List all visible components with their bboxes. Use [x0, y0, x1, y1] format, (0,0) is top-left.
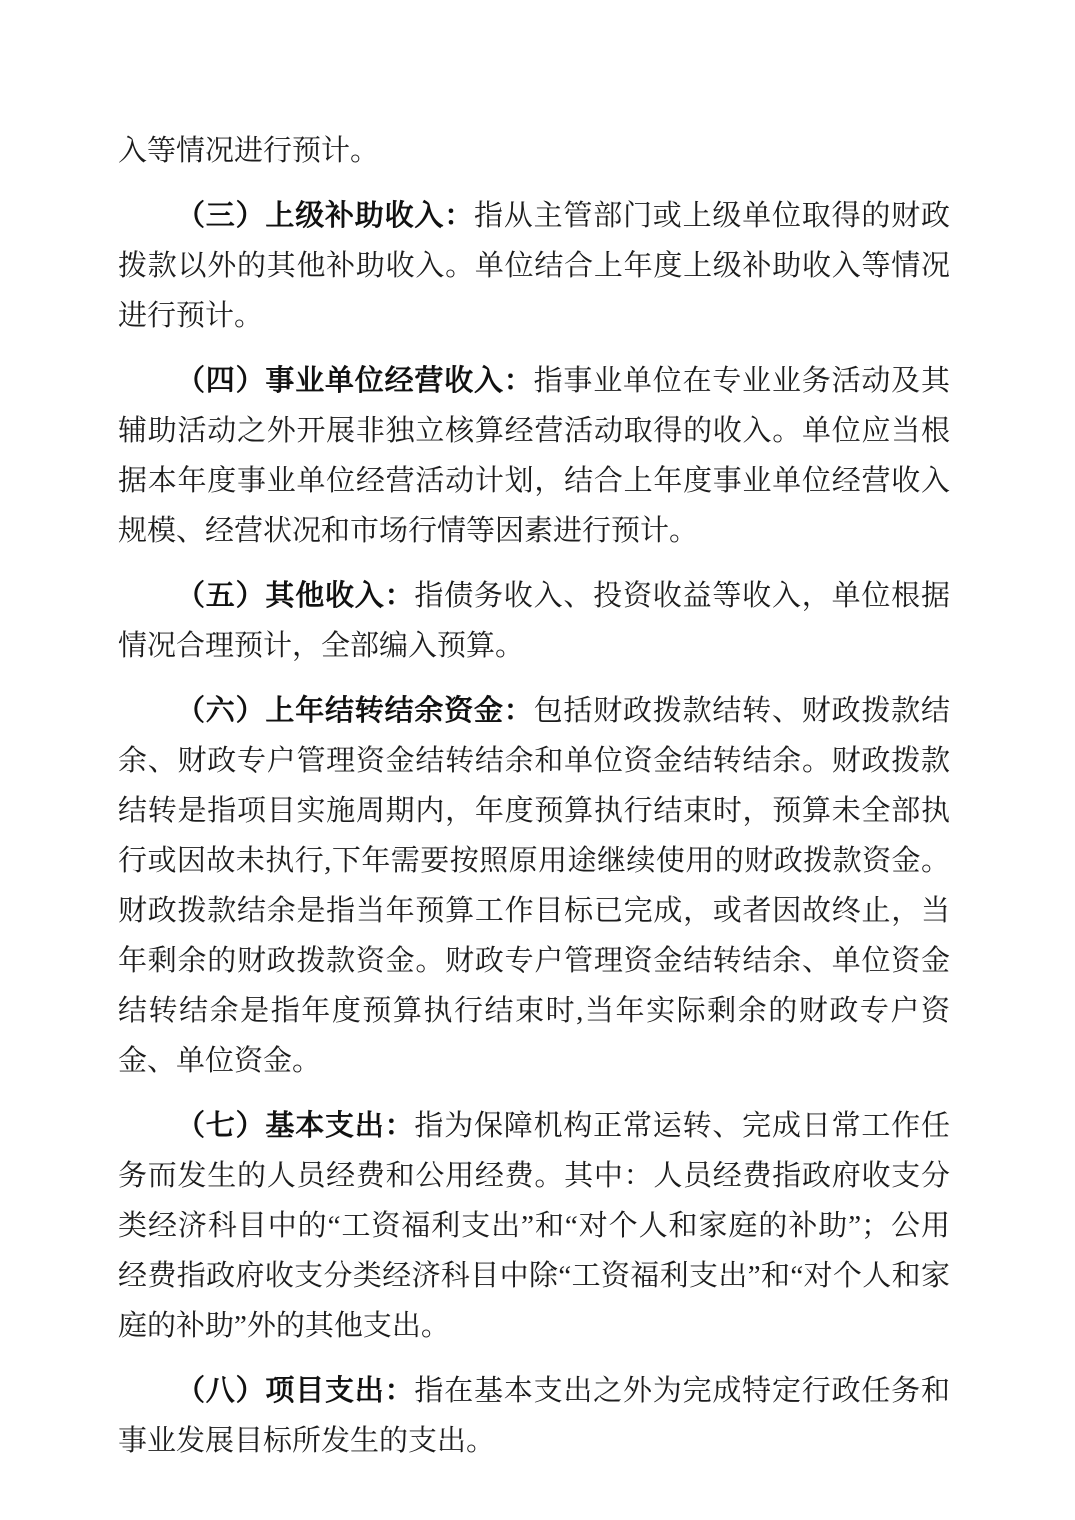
clause-heading: （四）事业单位经营收入：: [176, 365, 534, 397]
clause-heading: （六）上年结转结余资金：: [176, 695, 534, 727]
clause-text: 包括财政拨款结转、财政拨款结余、财政专户管理资金结转结余和单位资金结转结余。财政…: [118, 695, 950, 1077]
paragraph-clause-6: （六）上年结转结余资金：包括财政拨款结转、财政拨款结余、财政专户管理资金结转结余…: [118, 686, 950, 1086]
clause-heading: （八）项目支出：: [176, 1375, 414, 1407]
clause-heading: （五）其他收入：: [176, 580, 414, 612]
clause-heading: （三）上级补助收入：: [176, 200, 474, 232]
document-page: 入等情况进行预计。 （三）上级补助收入：指从主管部门或上级单位取得的财政拨款以外…: [0, 0, 1075, 1520]
paragraph-clause-4: （四）事业单位经营收入：指事业单位在专业业务活动及其辅助活动之外开展非独立核算经…: [118, 356, 950, 556]
document-text-block: 入等情况进行预计。 （三）上级补助收入：指从主管部门或上级单位取得的财政拨款以外…: [118, 126, 950, 1481]
clause-text: 指为保障机构正常运转、完成日常工作任务而发生的人员经费和公用经费。其中：人员经费…: [118, 1110, 950, 1342]
paragraph-clause-5: （五）其他收入：指债务收入、投资收益等收入，单位根据情况合理预计，全部编入预算。: [118, 571, 950, 671]
clause-heading: （七）基本支出：: [176, 1110, 414, 1142]
paragraph-continuation: 入等情况进行预计。: [118, 126, 950, 176]
clause-text: 入等情况进行预计。: [118, 135, 379, 167]
paragraph-clause-7: （七）基本支出：指为保障机构正常运转、完成日常工作任务而发生的人员经费和公用经费…: [118, 1101, 950, 1351]
paragraph-clause-3: （三）上级补助收入：指从主管部门或上级单位取得的财政拨款以外的其他补助收入。单位…: [118, 191, 950, 341]
paragraph-clause-8: （八）项目支出：指在基本支出之外为完成特定行政任务和事业发展目标所发生的支出。: [118, 1366, 950, 1466]
